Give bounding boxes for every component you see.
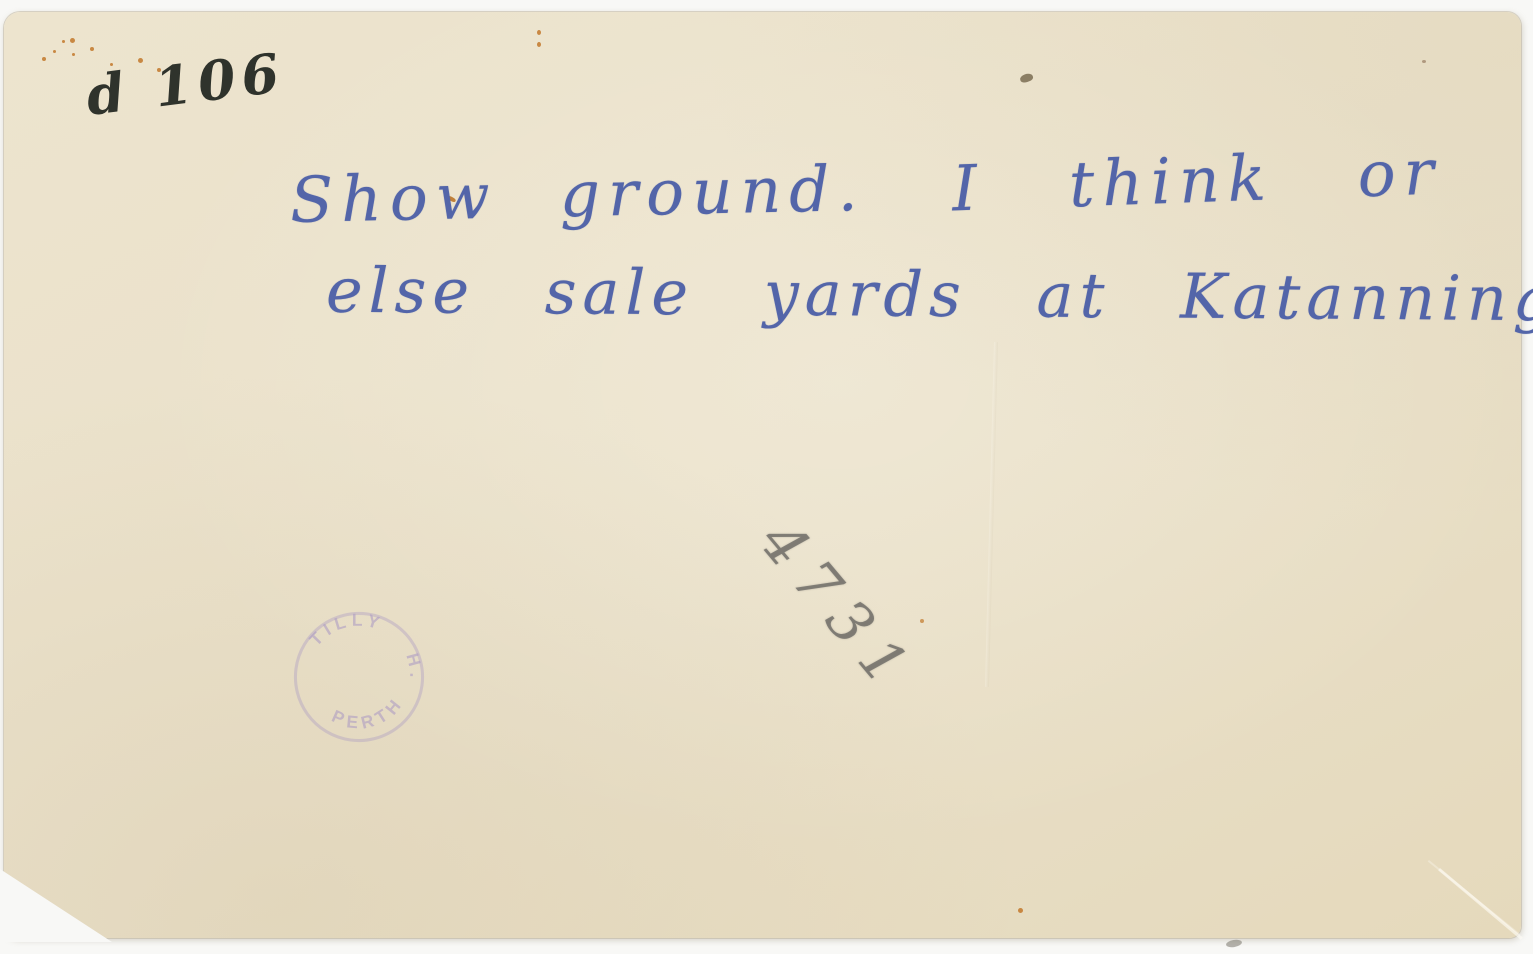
paper-crease-corner	[1428, 860, 1521, 936]
foxing-spot	[42, 57, 46, 61]
foxing-spot	[1422, 60, 1426, 63]
foxing-spot	[62, 40, 65, 43]
foxing-spot	[72, 53, 75, 56]
photographer-stamp: TILLY H. PERTH	[260, 578, 459, 777]
ink-smudge	[1019, 72, 1034, 84]
foxing-spot	[70, 38, 75, 43]
catalog-number: d 106	[83, 40, 289, 128]
stamp-text-top: TILLY	[302, 601, 391, 652]
caption-line1-left: Show ground.	[289, 152, 866, 237]
chipped-corner	[0, 866, 112, 942]
margin-smudge	[1226, 939, 1243, 949]
pencil-number: 4731	[747, 508, 930, 708]
foxing-spot	[1018, 908, 1023, 913]
svg-text:H.: H.	[400, 651, 430, 687]
foxing-spot	[537, 42, 541, 47]
scan-background: d 106 Show ground. I think or else sale …	[0, 0, 1533, 954]
svg-text:PERTH: PERTH	[325, 689, 412, 740]
foxing-spot	[53, 50, 56, 53]
caption-line2: else sale yards at Katanning	[326, 254, 1533, 336]
stamp-text-side: H.	[400, 651, 430, 687]
photo-card-back: d 106 Show ground. I think or else sale …	[4, 12, 1521, 938]
paper-crease-corner	[1438, 868, 1523, 940]
paper-crease-vertical	[985, 342, 998, 687]
svg-text:TILLY: TILLY	[302, 601, 391, 652]
foxing-spot	[920, 619, 924, 623]
caption-line1-right: I think or	[951, 135, 1443, 225]
stamp-text-bottom: PERTH	[325, 689, 412, 740]
foxing-spot	[90, 47, 94, 51]
foxing-spot	[537, 30, 541, 35]
